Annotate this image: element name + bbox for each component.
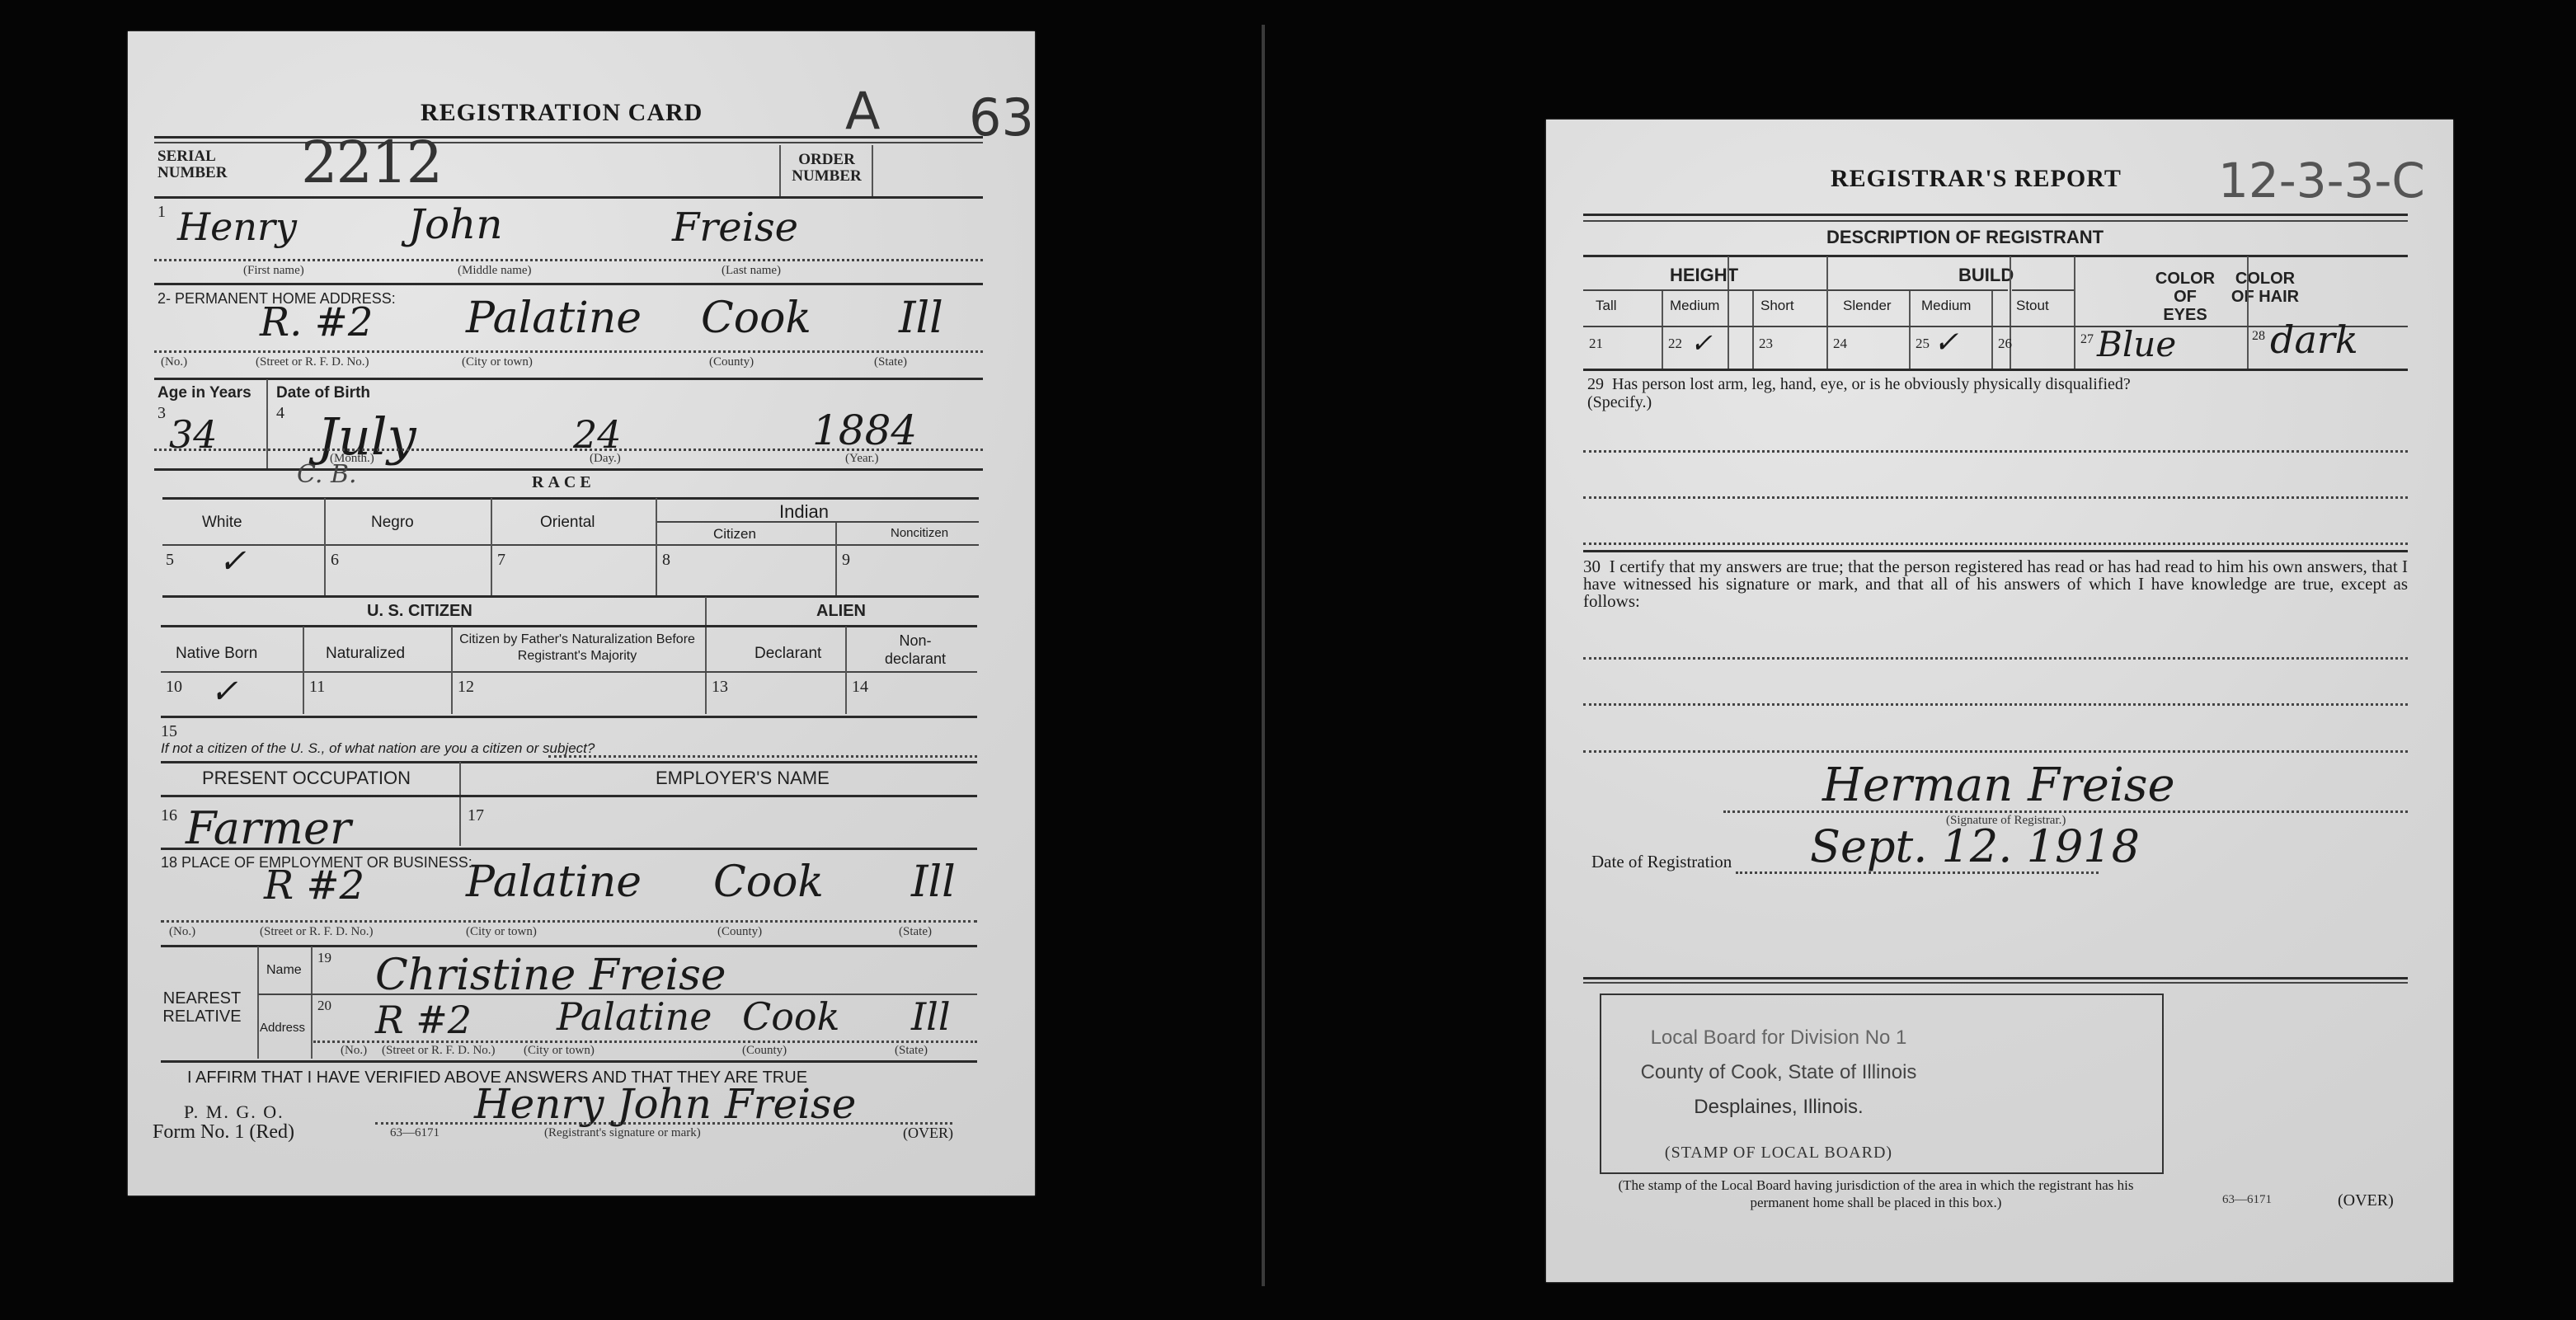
relative-address-city: Palatine xyxy=(557,994,712,1039)
field-number-14: 14 xyxy=(852,678,868,697)
employment-city: Palatine xyxy=(466,857,642,907)
race-indian-citizen-label: Citizen xyxy=(713,526,756,543)
employment-no: R #2 xyxy=(264,862,364,909)
form-code: 63—6171 xyxy=(390,1126,440,1140)
caption-county: (County) xyxy=(709,355,754,369)
serial-label: SERIAL NUMBER xyxy=(157,148,240,181)
indian-heading: Indian xyxy=(779,501,829,523)
field-number-4: 4 xyxy=(276,404,284,423)
race-heading: RACE xyxy=(532,473,595,492)
scan-divider xyxy=(1262,25,1265,1286)
non-declarant-label: Non-declarant xyxy=(870,632,961,668)
race-negro-label: Negro xyxy=(371,514,414,532)
relative-name: Christine Freise xyxy=(375,951,726,1000)
field-number-8: 8 xyxy=(662,551,670,570)
caption-no: (No.) xyxy=(169,925,195,939)
margin-note: C. B. xyxy=(297,460,357,489)
report-form-code: 63—6171 xyxy=(2222,1193,2272,1207)
first-name-caption: (First name) xyxy=(243,264,304,278)
report-title: REGISTRAR'S REPORT xyxy=(1831,165,2122,193)
eyes-heading: COLOR OF EYES xyxy=(2152,270,2218,324)
build-medium-label: Medium xyxy=(1921,298,1971,314)
declarant-label: Declarant xyxy=(754,645,821,663)
home-address-city: Palatine xyxy=(466,294,642,343)
field-number-29: 29 xyxy=(1587,375,1604,393)
year-caption: (Year.) xyxy=(845,452,879,466)
alien-heading: ALIEN xyxy=(816,602,866,621)
card-title: REGISTRATION CARD xyxy=(421,99,703,127)
relative-address-no: R #2 xyxy=(375,998,472,1042)
caption-city: (City or town) xyxy=(462,355,533,369)
over-label: (OVER) xyxy=(903,1125,953,1142)
local-board-stamp-box: Local Board for Division No 1 County of … xyxy=(1600,994,2164,1174)
race-oriental-label: Oriental xyxy=(540,514,595,532)
caption-street: (Street or R. F. D. No.) xyxy=(260,925,374,939)
citizen-by-father-label: Citizen by Father's Naturalization Befor… xyxy=(454,632,701,665)
middle-name: John xyxy=(408,200,503,248)
field-number-24: 24 xyxy=(1833,336,1847,352)
hair-heading: COLOR OF HAIR xyxy=(2224,270,2306,306)
field-number-15: 15 xyxy=(161,722,177,741)
caption-no: (No.) xyxy=(341,1044,367,1058)
nearest-relative-label: NEAREST RELATIVE xyxy=(161,989,243,1026)
occupation-label: PRESENT OCCUPATION xyxy=(202,768,411,789)
height-medium-label: Medium xyxy=(1670,298,1719,314)
caption-street: (Street or R. F. D. No.) xyxy=(256,355,369,369)
registrars-report-card: REGISTRAR'S REPORT 12-3-3-C DESCRIPTION … xyxy=(1546,120,2453,1282)
caption-street: (Street or R. F. D. No.) xyxy=(382,1044,496,1058)
field-number-13: 13 xyxy=(712,678,728,697)
height-medium-checkbox[interactable]: ✓ xyxy=(1690,327,1713,359)
caption-county: (County) xyxy=(717,925,762,939)
report-code: 12-3-3-C xyxy=(2218,153,2425,209)
field-number-22: 22 xyxy=(1668,336,1682,352)
stamp-letter: A xyxy=(845,81,880,141)
stamp-line-2: County of Cook, State of Illinois xyxy=(1601,1061,1956,1084)
field-number-10: 10 xyxy=(166,678,182,697)
field-number-28: 28 xyxy=(2252,329,2265,344)
caption-city: (City or town) xyxy=(524,1044,595,1058)
build-slender-label: Slender xyxy=(1843,298,1892,314)
question-30-text: I certify that my answers are true; that… xyxy=(1583,557,2408,611)
date-label: Date of Registration xyxy=(1591,852,1732,872)
field-number-21: 21 xyxy=(1589,336,1603,352)
birth-label: Date of Birth xyxy=(276,384,370,402)
field-number-11: 11 xyxy=(309,678,325,697)
build-stout-label: Stout xyxy=(2016,298,2049,314)
relative-address-county: Cook xyxy=(742,994,839,1039)
signature-caption: (Registrant's signature or mark) xyxy=(544,1126,701,1140)
height-tall-label: Tall xyxy=(1596,298,1617,314)
registration-card: REGISTRATION CARD A 63 SERIAL NUMBER 221… xyxy=(128,31,1035,1196)
home-address-state: Ill xyxy=(899,294,943,343)
caption-state: (State) xyxy=(874,355,907,369)
field-number-20: 20 xyxy=(317,998,331,1014)
field-number-3: 3 xyxy=(157,404,166,423)
field-number-26: 26 xyxy=(1998,336,2012,352)
question-29-text: Has person lost arm, leg, hand, eye, or … xyxy=(1612,375,2131,393)
age-label: Age in Years xyxy=(157,384,251,402)
relative-name-label: Name xyxy=(266,963,302,978)
middle-name-caption: (Middle name) xyxy=(458,264,532,278)
day-caption: (Day.) xyxy=(590,452,621,466)
question-30: 30 I certify that my answers are true; t… xyxy=(1583,558,2408,610)
caption-state: (State) xyxy=(895,1044,928,1058)
height-short-label: Short xyxy=(1760,298,1794,314)
occupation-value: Farmer xyxy=(186,802,351,854)
stamp-note: (The stamp of the Local Board having jur… xyxy=(1596,1177,2156,1211)
order-label: ORDER NUMBER xyxy=(787,152,866,185)
field-number-9: 9 xyxy=(842,551,850,570)
stamp-caption: (STAMP OF LOCAL BOARD) xyxy=(1601,1144,1956,1163)
serial-number: 2212 xyxy=(301,129,441,196)
form-name: Form No. 1 (Red) xyxy=(153,1121,294,1144)
registrar-signature: Herman Freise xyxy=(1822,759,2175,812)
caption-state: (State) xyxy=(899,925,932,939)
relative-address-state: Ill xyxy=(911,994,951,1039)
description-heading: DESCRIPTION OF REGISTRANT xyxy=(1826,227,2104,248)
race-white-checkbox[interactable]: ✓ xyxy=(219,543,247,580)
last-name: Freise xyxy=(672,204,798,251)
date-of-registration: Sept. 12. 1918 xyxy=(1810,820,2140,872)
question-29: 29 Has person lost arm, leg, hand, eye, … xyxy=(1587,375,2412,411)
employment-state: Ill xyxy=(911,857,956,907)
last-name-caption: (Last name) xyxy=(722,264,781,278)
race-white-label: White xyxy=(202,514,242,532)
field-number-7: 7 xyxy=(497,551,505,570)
us-citizen-heading: U. S. CITIZEN xyxy=(367,602,472,621)
relative-address-label: Address xyxy=(260,1021,305,1035)
form-office: P. M. G. O. xyxy=(184,1102,284,1123)
nation-question: If not a citizen of the U. S., of what n… xyxy=(161,740,595,757)
field-number-16: 16 xyxy=(161,806,177,825)
employer-label: EMPLOYER'S NAME xyxy=(656,768,830,789)
hair-color-value: dark xyxy=(2270,317,2358,362)
caption-county: (County) xyxy=(742,1044,787,1058)
employment-county: Cook xyxy=(713,857,824,907)
field-number-25: 25 xyxy=(1916,336,1930,352)
question-29-specify: (Specify.) xyxy=(1587,393,1652,411)
caption-no: (No.) xyxy=(161,355,187,369)
home-address-no: R. #2 xyxy=(260,299,373,345)
eye-color-value: Blue xyxy=(2097,324,2176,364)
naturalized-label: Naturalized xyxy=(326,645,405,663)
native-born-checkbox[interactable]: ✓ xyxy=(210,673,238,711)
home-address-county: Cook xyxy=(701,294,811,343)
field-number-17: 17 xyxy=(468,806,484,825)
native-born-label: Native Born xyxy=(176,645,257,663)
caption-city: (City or town) xyxy=(466,925,537,939)
build-medium-checkbox[interactable]: ✓ xyxy=(1934,326,1958,359)
field-number-23: 23 xyxy=(1759,336,1773,352)
field-number-5: 5 xyxy=(166,551,174,570)
stamp-line-1: Local Board for Division No 1 xyxy=(1601,1026,1956,1050)
field-number-6: 6 xyxy=(331,551,339,570)
race-indian-noncitizen-label: Noncitizen xyxy=(891,526,948,540)
field-number-1: 1 xyxy=(157,203,166,222)
registrant-signature: Henry John Freise xyxy=(474,1080,856,1128)
field-number-19: 19 xyxy=(317,950,331,966)
birth-year: 1884 xyxy=(812,406,917,454)
stamp-line-3: Desplaines, Illinois. xyxy=(1601,1096,1956,1119)
report-over-label: (OVER) xyxy=(2338,1191,2394,1210)
field-number-12: 12 xyxy=(458,678,474,697)
build-heading: BUILD xyxy=(1958,265,2014,286)
field-number-27: 27 xyxy=(2080,332,2094,347)
first-name: Henry xyxy=(177,204,297,249)
stamp-number: 63 xyxy=(969,87,1034,148)
